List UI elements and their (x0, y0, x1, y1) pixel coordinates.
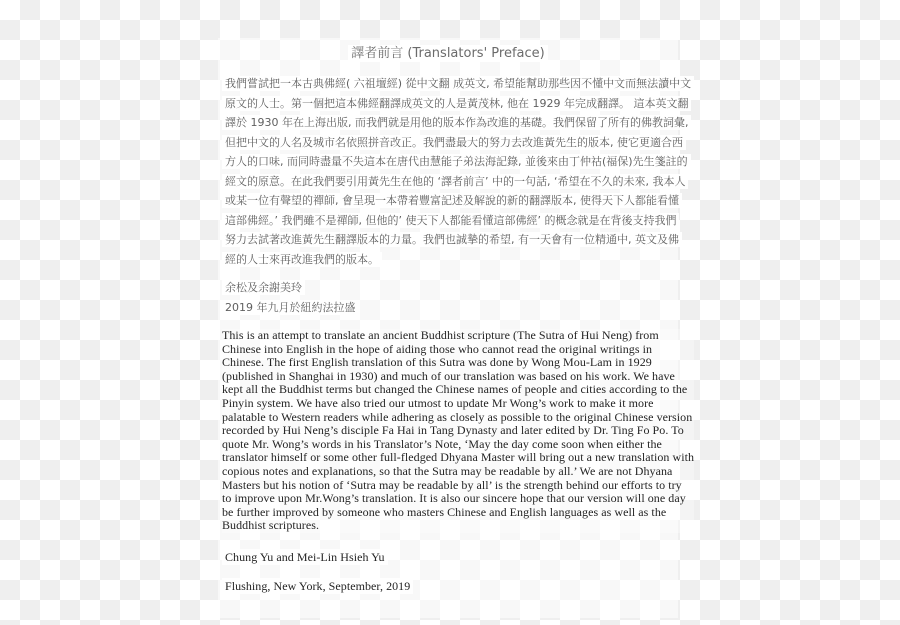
english-text-line: Chinese into English in the hope of aidi… (222, 343, 694, 357)
chinese-text-line: 經文的原意。在此我們要引用黃先生在他的 ‘譯者前言’ 中的一句話, ‘希望在不久… (222, 172, 678, 192)
english-text-line: kept all the Buddhist terms but changed … (222, 383, 694, 397)
english-text-line: recorded by Hui Neng’s disciple Fa Hai i… (222, 424, 694, 438)
chinese-text-line: 但把中文的人名及城市名依照拼音改正。我們盡最大的努力去改進黃先生的版本, 使它更… (222, 133, 678, 153)
chinese-text-line: 我們嘗試把一本古典佛經( 六祖壇經) 從中文翻 成英文, 希望能幫助那些因不懂中… (222, 74, 678, 94)
english-text-line: Pinyin system. We have also tried our ut… (222, 397, 694, 411)
english-text-line: Masters but his notion of ‘Sutra may be … (222, 479, 694, 493)
chinese-text-line: 原文的人士。第一個把這本佛經翻譯成英文的人是黃茂林, 他在 1929 年完成翻譯… (222, 94, 678, 114)
english-text-line: translator himself or some other full-fl… (222, 451, 694, 465)
english-text-line: Buddhist scriptures. (222, 519, 694, 533)
english-text-line: quote Mr. Wong’s words in his Translator… (222, 438, 694, 452)
chinese-signature-line: 余松及余謝美玲 (222, 278, 678, 298)
english-signature-row: Chung Yu and Mei-Lin Hsieh Yu (222, 548, 678, 566)
english-text-line: This is an attempt to translate an ancie… (222, 329, 694, 343)
page-title-row: 譯者前言 (Translators' Preface) (218, 38, 678, 62)
chinese-text-line: 這部佛經。’ 我們雖不是禪師, 但他的’ 使天下人都能看懂這部佛經’ 的概念就是… (222, 211, 678, 231)
chinese-signature-line: 2019 年九月於紐約法拉盛 (222, 298, 678, 318)
chinese-text-line: 方人的口味, 而同時盡量不失這本在唐代由慧能子弟法海記錄, 並後來由丁仲祜(福保… (222, 152, 678, 172)
english-dateline: Flushing, New York, September, 2019 (222, 578, 413, 594)
chinese-signature-block: 余松及余謝美玲 2019 年九月於紐約法拉盛 (222, 278, 678, 317)
chinese-text-line: 或某一位有聲望的禪師, 會呈現一本帶着豐富記述及解說的新的翻譯版本, 使得天下人… (222, 191, 678, 211)
chinese-text-line: 經的人士來再改進我們的版本。 (222, 250, 678, 270)
english-text-line: copious notes and explanations, so that … (222, 465, 694, 479)
document-page: 譯者前言 (Translators' Preface) 我們嘗試把一本古典佛經(… (218, 38, 678, 618)
english-dateline-row: Flushing, New York, September, 2019 (222, 577, 678, 595)
english-text-line: to improve upon Mr.Wong’s translation. I… (222, 492, 694, 506)
chinese-text-line: 努力去試著改進黃先生翻譯版本的力量。我們也誠摯的希望, 有一天會有一位精通中, … (222, 230, 678, 250)
english-text-line: palatable to Western readers while adher… (222, 411, 694, 425)
english-preface-paragraph: This is an attempt to translate an ancie… (222, 329, 694, 533)
transparent-checkerboard-background: 譯者前言 (Translators' Preface) 我們嘗試把一本古典佛經(… (0, 0, 900, 625)
english-text-line: be further improved by someone who maste… (222, 506, 694, 520)
page-title: 譯者前言 (Translators' Preface) (348, 45, 547, 62)
english-text-line: Chinese. The first English translation o… (222, 356, 694, 370)
english-text-line: (published in Shanghai in 1930) and much… (222, 370, 694, 384)
chinese-text-line: 譯於 1930 年在上海出版, 而我們就是用他的版本作為改進的基礎。我們保留了所… (222, 113, 678, 133)
chinese-preface-paragraph: 我們嘗試把一本古典佛經( 六祖壇經) 從中文翻 成英文, 希望能幫助那些因不懂中… (222, 74, 678, 269)
english-signature: Chung Yu and Mei-Lin Hsieh Yu (222, 549, 388, 565)
